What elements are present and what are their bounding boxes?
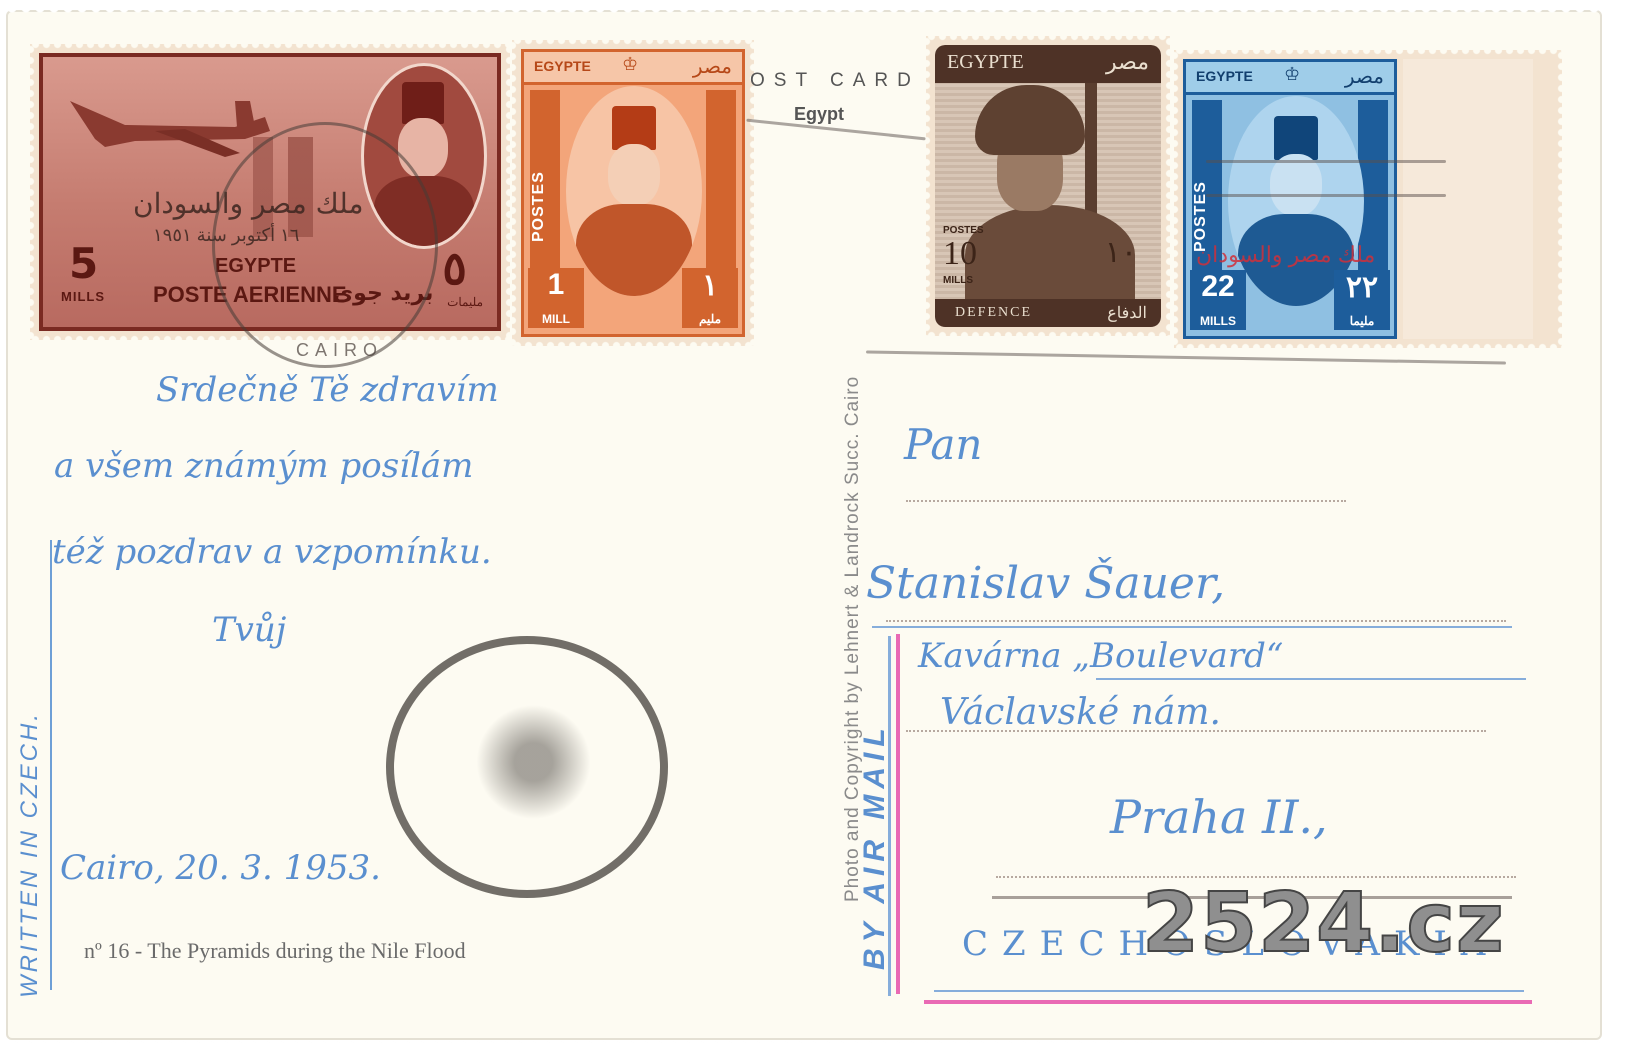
cancel-line: [1206, 160, 1446, 163]
stamp-country-arabic: مصر: [693, 54, 732, 78]
king-portrait: [566, 86, 702, 296]
postcard-back: ملك مصر والسودان ١٦ أكتوبر سنة ١٩٥١ 5 MI…: [6, 10, 1602, 1040]
value-box: 22 MILLS: [1190, 270, 1246, 330]
margin-rule: [50, 540, 52, 990]
underline: [1096, 678, 1526, 680]
stamp-value: 10: [943, 235, 977, 273]
value-box: 1 MILL: [528, 268, 584, 328]
signature-closing: Tvůj: [212, 610, 286, 650]
stamp-unit-arabic: مليما: [1334, 314, 1390, 328]
value-box-arabic: ١ مليم: [682, 268, 738, 328]
address-name: Stanislav Šauer,: [866, 558, 1225, 609]
stamp-value-arabic: ١: [682, 268, 738, 303]
stamp-value-arabic: ٥: [442, 241, 467, 295]
air-mail-note: BY AIR MAIL: [858, 722, 892, 970]
crown-icon: ♔: [1284, 64, 1300, 85]
underline: [872, 626, 1512, 628]
message-line: Srdečně Tě zdravím: [156, 370, 499, 410]
postmark-text: CAIRO: [296, 340, 383, 361]
stamp-caption: DEFENCE: [955, 305, 1032, 321]
stamp-unit-arabic: مليم: [682, 312, 738, 326]
message-line: též pozdrav a vzpomínku.: [52, 532, 492, 572]
cairo-postmark: [212, 122, 438, 368]
stamp-country-arabic: مصر: [1345, 64, 1384, 88]
stamp-country: EGYPTE: [1196, 68, 1253, 84]
address-line: [906, 500, 1346, 502]
stamp-caption-arabic: الدفاع: [1107, 303, 1147, 323]
king-farouk-22-mills-stamp: EGYPTE ♔ مصر POSTES 22 MILLS ٢٢ مليما: [1174, 50, 1562, 348]
watermark: 2524.cz: [1142, 876, 1505, 971]
cancel-line: [866, 350, 1506, 364]
underline: [934, 990, 1524, 992]
stamp-country-arabic: مصر: [1106, 49, 1149, 75]
stamp-value: 5: [69, 239, 98, 288]
address-city: Praha II.,: [1110, 790, 1328, 844]
stamp-unit: MILLS: [61, 289, 105, 304]
side-panel: [706, 90, 736, 270]
underline-pink: [924, 1000, 1532, 1004]
post-card-heading: OST CARD: [750, 70, 920, 92]
stamp-unit: MILLS: [1190, 314, 1246, 328]
cancel-line: [1206, 194, 1446, 197]
stamp-value: 22: [1190, 270, 1246, 304]
stamp-unit: MILLS: [943, 275, 973, 286]
photo-caption: nº 16 - The Pyramids during the Nile Flo…: [84, 938, 466, 964]
message-line: a všem známým posílám: [54, 446, 473, 486]
address-rule-pink: [896, 634, 900, 994]
stamp-value-arabic: ١٠: [1105, 235, 1137, 270]
stamp-unit: MILL: [528, 312, 584, 326]
helmet-image: [975, 85, 1085, 155]
stamp-country: EGYPTE: [947, 51, 1024, 74]
place-date: Cairo, 20. 3. 1953.: [60, 848, 381, 888]
address-salutation: Pan: [904, 420, 982, 469]
stamp-selvage: [1403, 59, 1533, 339]
stamp-label: POSTES: [530, 171, 548, 242]
value-box-arabic: ٢٢ مليما: [1334, 270, 1390, 330]
overprint-arabic: ملك مصر والسودان: [1196, 242, 1375, 268]
stamp-value-arabic: ٢٢: [1334, 270, 1390, 305]
stamp-country: EGYPTE: [534, 58, 591, 74]
country-label: Egypt: [794, 104, 844, 125]
address-street: Václavské nám.: [940, 692, 1221, 733]
defence-10-mills-stamp: EGYPTE مصر POSTES 10 MILLS ١٠ DEFENCE ال…: [926, 36, 1170, 336]
stamp-value: 1: [528, 268, 584, 302]
king-farouk-1-mill-stamp: EGYPTE ♔ مصر POSTES 1 MILL ١ مليم: [512, 40, 754, 346]
stamp-unit-arabic: مليمات: [447, 295, 483, 309]
written-in-czech-note: WRITTEN IN CZECH.: [16, 711, 44, 998]
address-line-1: Kavárna „Boulevard“: [918, 636, 1283, 676]
address-rule-blue: [888, 636, 891, 996]
circular-postmark: [386, 636, 668, 898]
address-line: [886, 620, 1506, 622]
crown-icon: ♔: [622, 54, 638, 75]
